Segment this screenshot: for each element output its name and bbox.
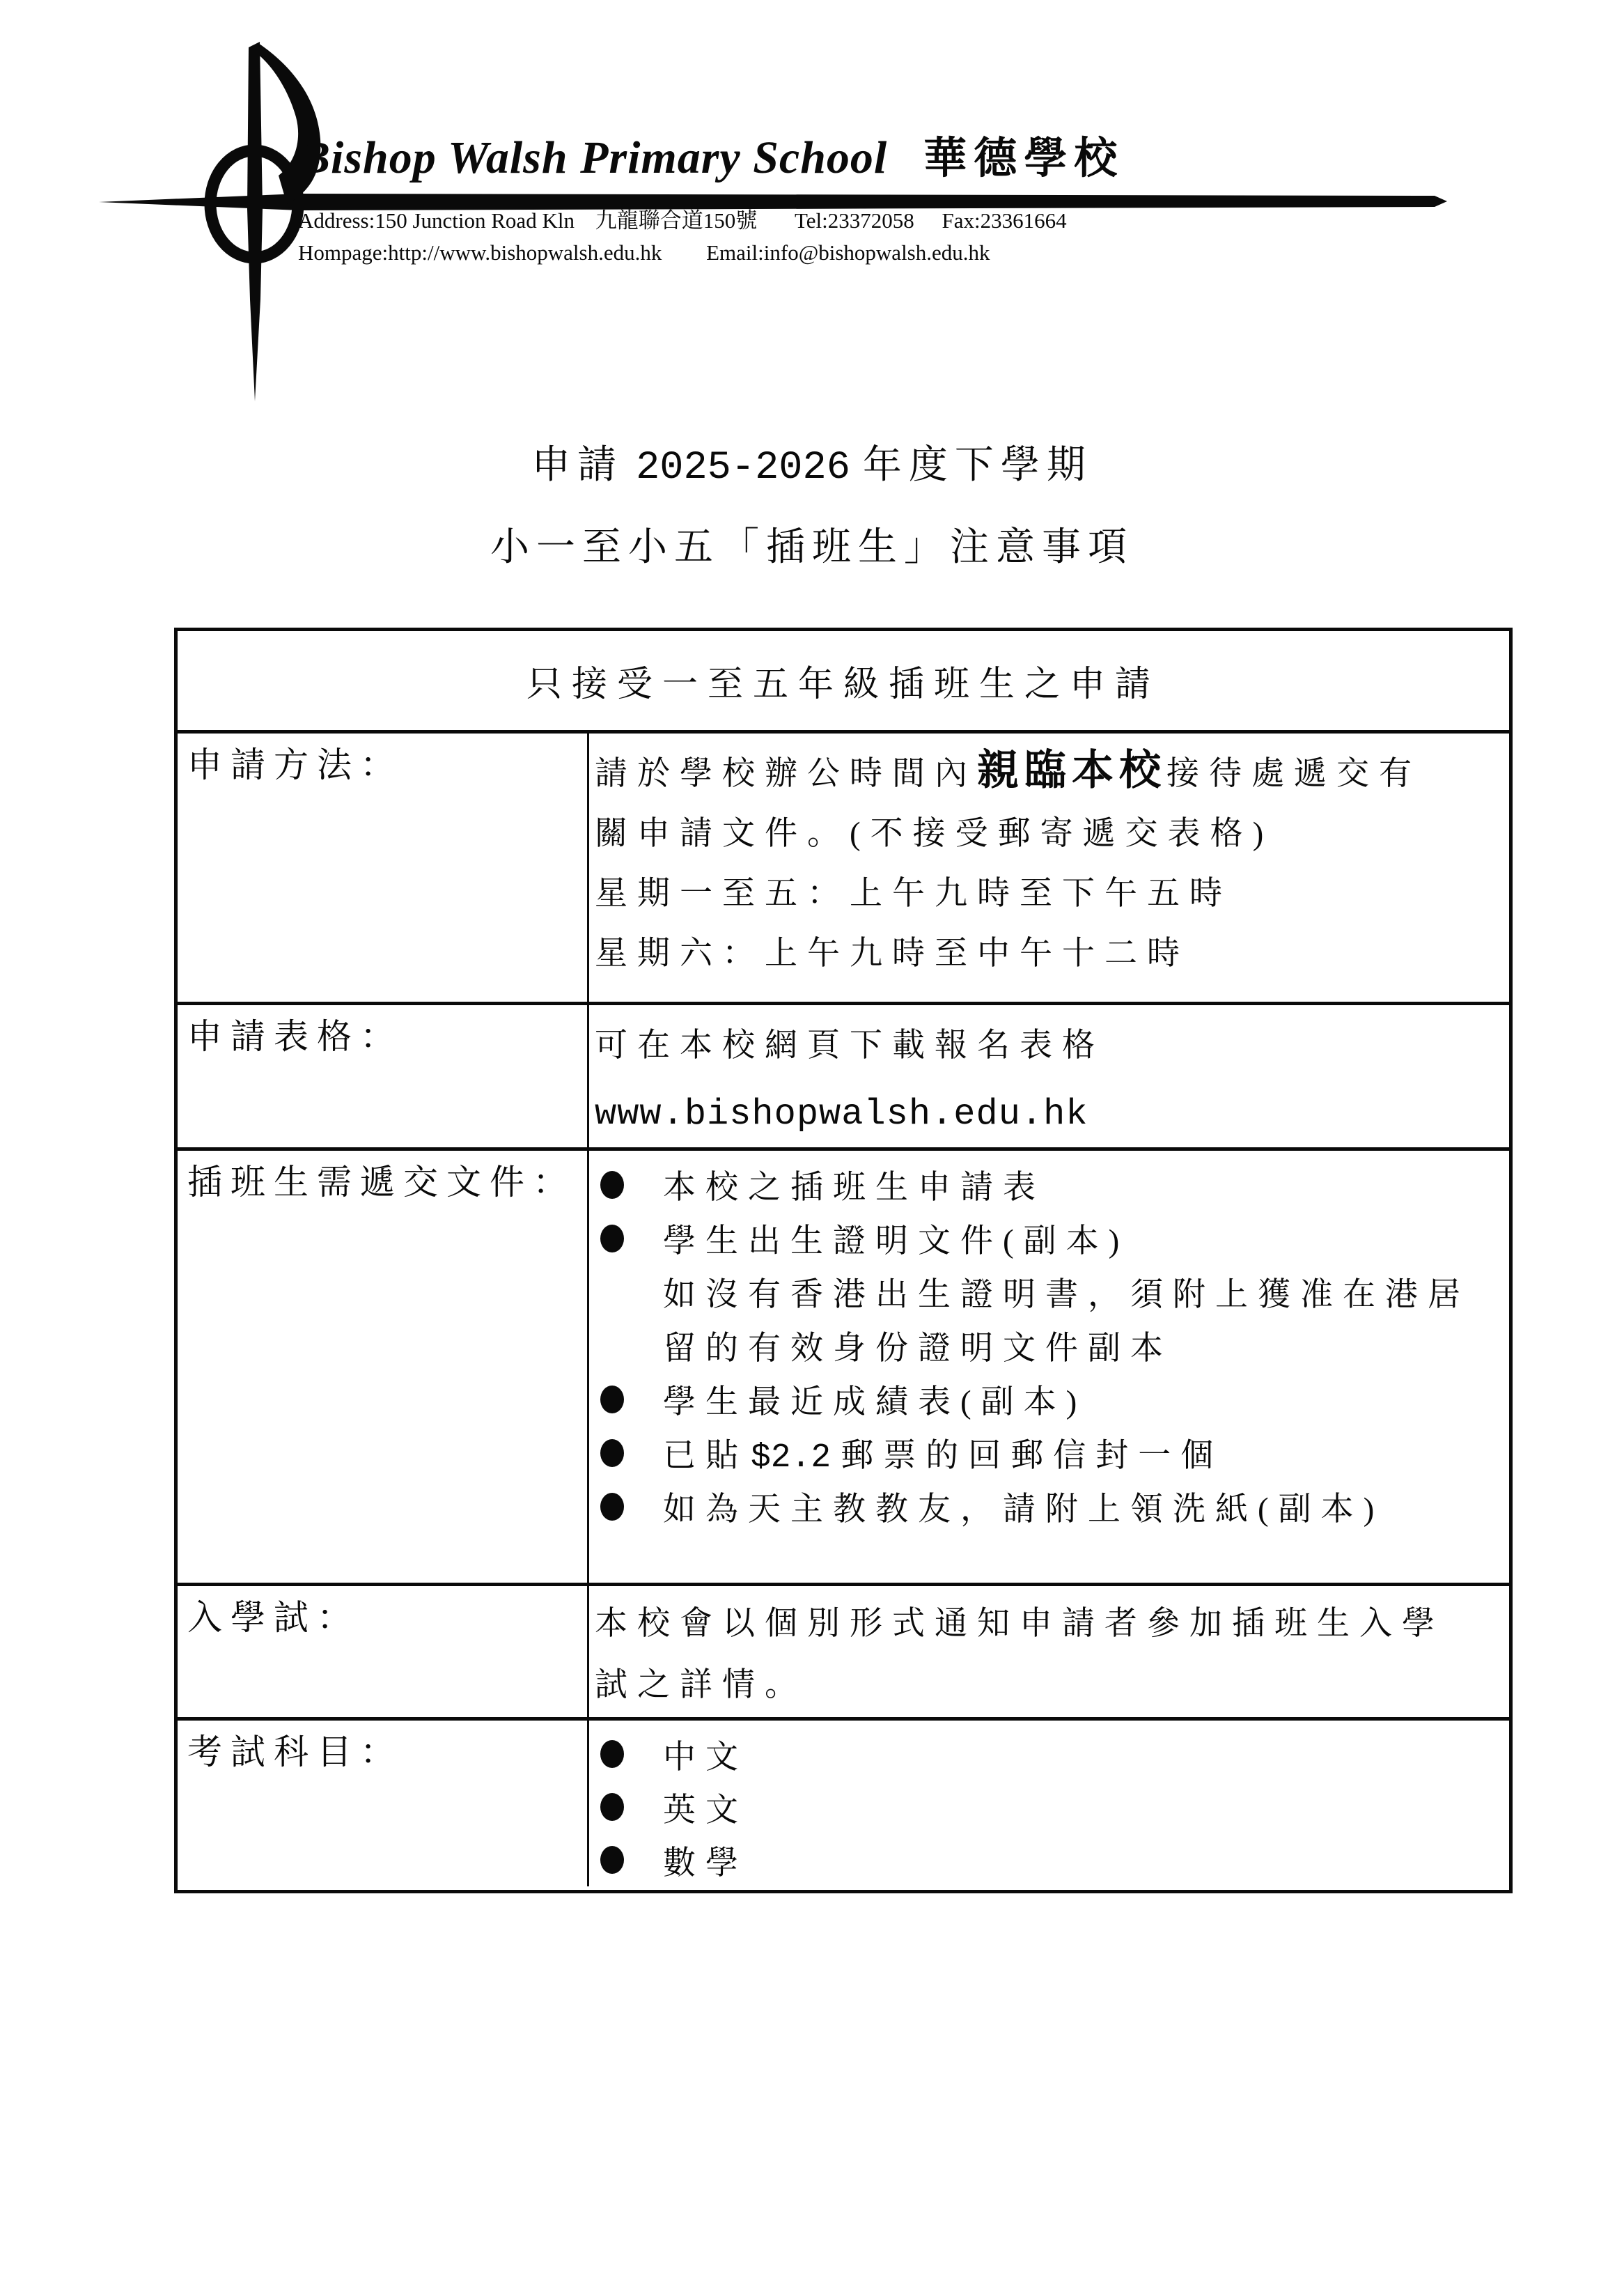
cell-line: 關申請文件。(不接受郵寄遞交表格) xyxy=(595,804,1509,864)
table-row-documents: 插班生需遞交文件： 本校之插班生申請表 學生出生證明文件(副本) 如沒有香港出生… xyxy=(178,1151,1509,1586)
text-segment: 請於學校辦公時間內 xyxy=(595,756,977,792)
phone-number: Tel:23372058 xyxy=(795,208,914,233)
row-label: 入學試： xyxy=(178,1586,589,1717)
bullet-icon xyxy=(600,1793,624,1821)
cell-line: 請於學校辦公時間內親臨本校接待處遞交有 xyxy=(595,740,1509,804)
email-address: Email:info@bishopwalsh.edu.hk xyxy=(706,240,990,265)
list-item-text: 留的有效身份證明文件副本 xyxy=(663,1322,1173,1369)
school-name-en: Bishop Walsh Primary School xyxy=(299,135,887,181)
text-segment: 已貼 xyxy=(663,1438,748,1474)
list-item: 中文 xyxy=(595,1728,1509,1780)
list-item: 學生最近成績表(副本) xyxy=(595,1372,1509,1426)
list-item: 已貼$2.2郵票的回郵信封一個 xyxy=(595,1426,1509,1480)
fax-number: Fax:23361664 xyxy=(942,208,1066,233)
list-item-text: 本校之插班生申請表 xyxy=(663,1161,1045,1208)
bullet-icon xyxy=(600,1846,624,1874)
table-row-admission-test: 入學試： 本校會以個別形式通知申請者參加插班生入學 試之詳情。 xyxy=(178,1586,1509,1721)
list-item: 英文 xyxy=(595,1780,1509,1833)
list-item: 學生出生證明文件(副本) xyxy=(595,1211,1509,1265)
cell-line: 星期一至五：上午九時至下午五時 xyxy=(595,864,1509,924)
row-label: 申請方法： xyxy=(178,734,589,1002)
table-row-exam-subjects: 考試科目： 中文 英文 數學 xyxy=(178,1721,1509,1886)
notice-title-line2: 小一至小五「插班生」注意事項 xyxy=(0,528,1624,567)
list-item-text: 英文 xyxy=(663,1784,748,1831)
list-item-text: 學生出生證明文件(副本) xyxy=(663,1215,1129,1262)
row-label: 考試科目： xyxy=(178,1721,589,1886)
stamp-amount: $2.2 xyxy=(751,1439,831,1477)
bullet-icon xyxy=(600,1225,624,1252)
cell-line: 可在本校網頁下載報名表格 xyxy=(595,1012,1509,1080)
address-line: Address:150 Junction Road Kln 九龍聯合道150號 … xyxy=(298,208,1067,233)
notice-table: 只接受一至五年級插班生之申請 申請方法： 請於學校辦公時間內親臨本校接待處遞交有… xyxy=(174,628,1513,1893)
title-post: 年度下學期 xyxy=(863,444,1093,487)
cell-line: 試之詳情。 xyxy=(595,1654,1509,1716)
school-name-zh: 華德學校 xyxy=(923,137,1124,180)
list-item-text: 學生最近成績表(副本) xyxy=(663,1376,1086,1422)
homepage-url: Hompage:http://www.bishopwalsh.edu.hk xyxy=(298,240,662,265)
row-content: 本校之插班生申請表 學生出生證明文件(副本) 如沒有香港出生證明書，須附上獲准在… xyxy=(589,1151,1509,1583)
row-label: 插班生需遞交文件： xyxy=(178,1151,589,1583)
address-chinese: 九龍聯合道150號 xyxy=(595,208,758,233)
download-url: www.bishopwalsh.edu.hk xyxy=(595,1094,1088,1135)
text-segment-bold: 親臨本校 xyxy=(977,747,1166,793)
list-item: 數學 xyxy=(595,1833,1509,1886)
table-row-application-method: 申請方法： 請於學校辦公時間內親臨本校接待處遞交有 關申請文件。(不接受郵寄遞交… xyxy=(178,734,1509,1005)
list-item-text: 如沒有香港出生證明書，須附上獲准在港居 xyxy=(663,1268,1470,1315)
bullet-icon xyxy=(600,1439,624,1467)
text-segment: 接待處遞交有 xyxy=(1166,756,1421,792)
row-content: 本校會以個別形式通知申請者參加插班生入學 試之詳情。 xyxy=(589,1586,1509,1717)
cell-line: 本校會以個別形式通知申請者參加插班生入學 xyxy=(595,1593,1509,1654)
homepage-line: Hompage:http://www.bishopwalsh.edu.hk Em… xyxy=(298,240,990,265)
document-page: Bishop Walsh Primary School 華德學校 Address… xyxy=(0,0,1624,2289)
notice-title-line1: 申請2025-2026年度下學期 xyxy=(0,446,1624,488)
school-name-line: Bishop Walsh Primary School 華德學校 xyxy=(299,135,1124,181)
title-years: 2025-2026 xyxy=(636,446,850,490)
list-item-text: 已貼$2.2郵票的回郵信封一個 xyxy=(663,1429,1223,1477)
list-item-text: 中文 xyxy=(663,1731,748,1778)
list-item-text: 如為天主教教友，請附上領洗紙(副本) xyxy=(663,1483,1384,1530)
logo-vertical-spike xyxy=(247,42,263,401)
title-pre: 申請 xyxy=(531,444,623,487)
bullet-icon xyxy=(600,1171,624,1199)
list-item-continuation: 留的有效身份證明文件副本 xyxy=(595,1319,1509,1372)
list-item-text: 數學 xyxy=(663,1837,748,1884)
address-label: Address:150 Junction Road Kln xyxy=(298,208,575,233)
table-row-application-form: 申請表格： 可在本校網頁下載報名表格 www.bishopwalsh.edu.h… xyxy=(178,1005,1509,1151)
text-segment: 郵票的回郵信封一個 xyxy=(841,1438,1223,1474)
cell-line: 星期六：上午九時至中午十二時 xyxy=(595,924,1509,984)
row-label: 申請表格： xyxy=(178,1005,589,1147)
table-header-cell: 只接受一至五年級插班生之申請 xyxy=(178,631,1509,734)
list-item: 如為天主教教友，請附上領洗紙(副本) xyxy=(595,1480,1509,1533)
list-item-continuation: 如沒有香港出生證明書，須附上獲准在港居 xyxy=(595,1265,1509,1319)
bullet-icon xyxy=(600,1740,624,1768)
row-content: 中文 英文 數學 xyxy=(589,1721,1509,1886)
row-content: 可在本校網頁下載報名表格 www.bishopwalsh.edu.hk xyxy=(589,1005,1509,1147)
bullet-icon xyxy=(600,1386,624,1413)
bullet-icon xyxy=(600,1493,624,1521)
row-content: 請於學校辦公時間內親臨本校接待處遞交有 關申請文件。(不接受郵寄遞交表格) 星期… xyxy=(589,734,1509,1002)
list-item: 本校之插班生申請表 xyxy=(595,1158,1509,1211)
cell-line: www.bishopwalsh.edu.hk xyxy=(595,1080,1509,1148)
